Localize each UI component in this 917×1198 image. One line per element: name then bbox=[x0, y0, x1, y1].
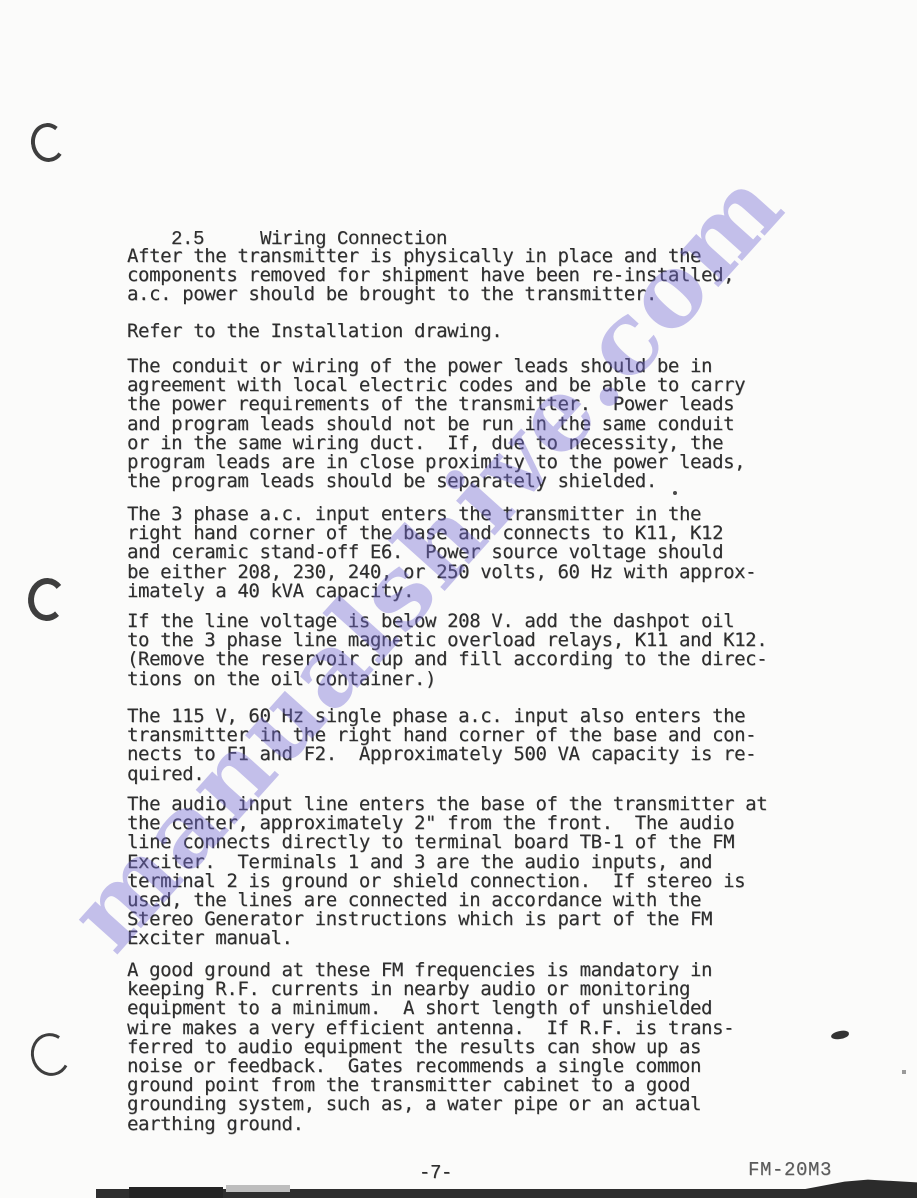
page-number: -7- bbox=[419, 1164, 452, 1183]
scan-edge-corner bbox=[800, 1178, 917, 1198]
margin-circle-mark-bottom bbox=[26, 1029, 74, 1080]
paragraph-grounding: A good ground at these FM frequencies is… bbox=[127, 961, 734, 1134]
dust-speck bbox=[902, 1070, 906, 1074]
paragraph-refer-drawing: Refer to the Installation drawing. bbox=[127, 322, 502, 341]
paragraph-audio-input: The audio input line enters the base of … bbox=[127, 795, 767, 949]
doc-code: FM-20M3 bbox=[748, 1161, 832, 1180]
scanned-manual-page: 2.5Wiring Connection After the transmitt… bbox=[0, 0, 917, 1198]
paragraph-dashpot-oil: If the line voltage is below 208 V. add … bbox=[127, 612, 767, 689]
margin-circle-mark-middle bbox=[27, 577, 68, 623]
paragraph-installation-power: After the transmitter is physically in p… bbox=[127, 247, 734, 305]
paragraph-conduit-wiring: The conduit or wiring of the power leads… bbox=[127, 357, 745, 491]
paragraph-three-phase-input: The 3 phase a.c. input enters the transm… bbox=[127, 505, 756, 601]
scan-edge-bar-segment bbox=[129, 1187, 223, 1198]
margin-circle-mark-top bbox=[28, 121, 67, 164]
scan-edge-bar-highlight bbox=[226, 1185, 290, 1192]
dust-speck bbox=[673, 491, 677, 495]
ink-blot bbox=[831, 1030, 850, 1040]
paragraph-single-phase-input: The 115 V, 60 Hz single phase a.c. input… bbox=[127, 707, 756, 784]
